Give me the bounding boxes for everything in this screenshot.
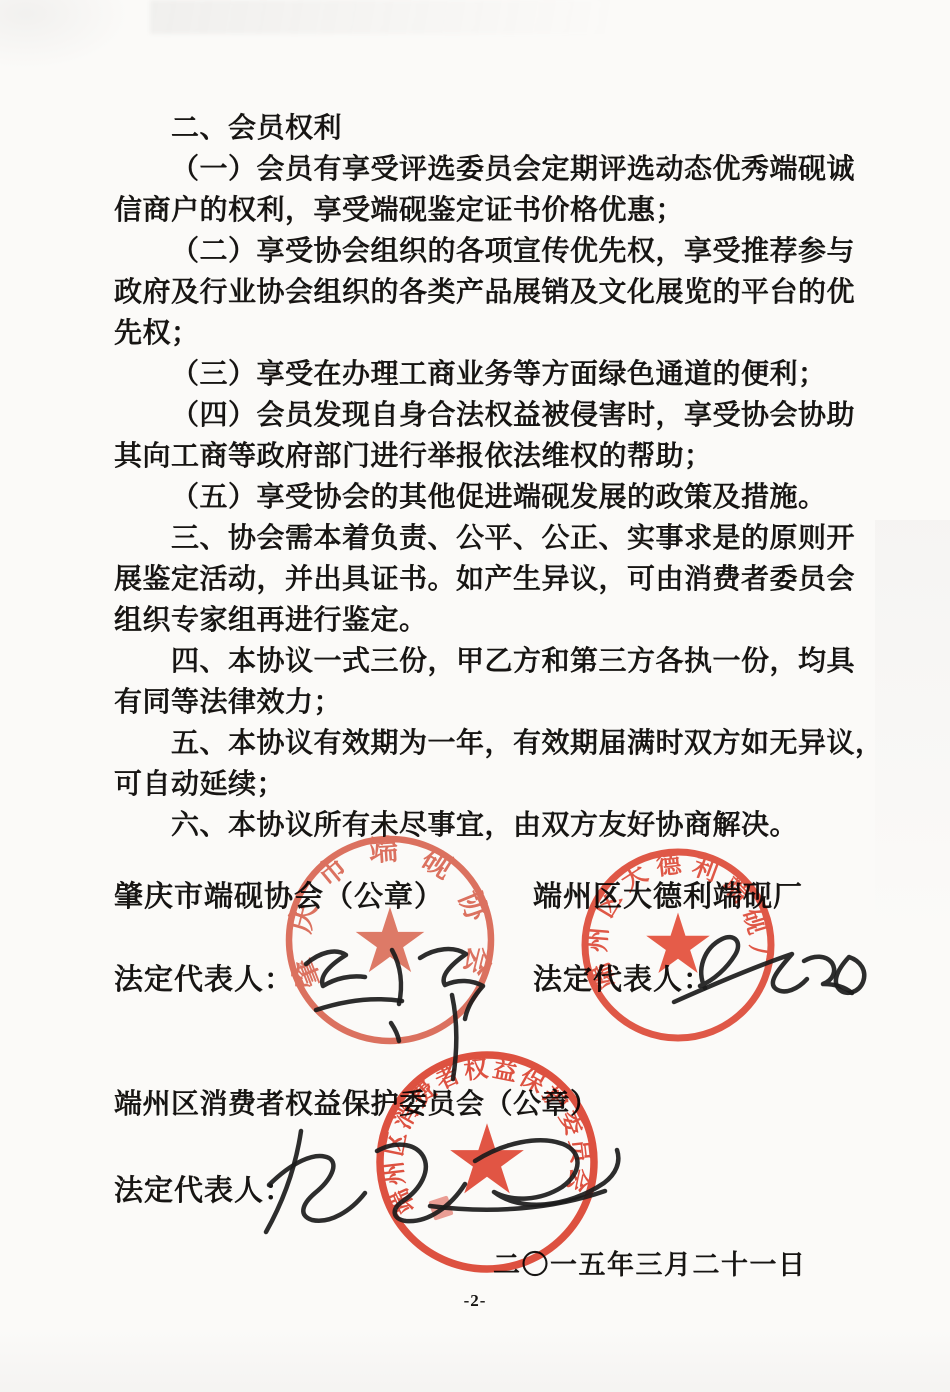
party-c-org-name: 端州区消费者权益保护委员会（公章） xyxy=(114,1082,599,1122)
svg-text:端州区消费者权益保护委员会: 端州区消费者权益保护委员会 xyxy=(380,1054,594,1217)
body-line: 四、本协议一式三份，甲乙方和第三方各执一份，均具 xyxy=(114,640,856,681)
scan-smudge xyxy=(150,0,770,34)
body-line: （一）会员有享受评选委员会定期评选动态优秀端砚诚 xyxy=(114,148,856,189)
body-line: （二）享受协会组织的各项宣传优先权，享受推荐参与 xyxy=(114,230,856,271)
body-line: 展鉴定活动，并出具证书。如产生异议，可由消费者委员会 xyxy=(114,558,856,599)
party-c-signature xyxy=(266,1131,618,1232)
scan-smudge xyxy=(875,520,950,940)
page-number: -2- xyxy=(0,1291,950,1311)
body-line: （四）会员发现自身合法权益被侵害时，享受协会协助 xyxy=(114,394,856,435)
party-c-rep-label: 法定代表人： xyxy=(114,1168,294,1209)
body-line: 二、会员权利 xyxy=(114,107,856,148)
seal-arc-text: 端州区消费者权益保护委员会 xyxy=(380,1054,594,1217)
body-line: 组织专家组再进行鉴定。 xyxy=(114,599,856,640)
official-seal-icon: 肇庆市端砚协会 xyxy=(285,835,495,1045)
party-a-signature xyxy=(306,949,483,1079)
body-line: 三、协会需本着负责、公平、公正、实事求是的原则开 xyxy=(114,517,856,558)
star-icon xyxy=(450,1123,524,1193)
body-line: 先权； xyxy=(114,312,856,353)
scan-smudge xyxy=(0,0,130,70)
star-icon xyxy=(356,907,425,972)
scanned-agreement-page: 二、会员权利 （一）会员有享受评选委员会定期评选动态优秀端砚诚 信商户的权利，享… xyxy=(0,0,950,1392)
body-line: （三）享受在办理工商业务等方面绿色通道的便利； xyxy=(114,353,856,394)
signing-date: 二〇一五年三月二十一日 xyxy=(493,1243,807,1282)
body-line: 信商户的权利，享受端砚鉴定证书价格优惠； xyxy=(114,189,856,230)
body-line: （五）享受协会的其他促进端砚发展的政策及措施。 xyxy=(114,476,856,517)
body-line: 六、本协议所有未尽事宜，由双方友好协商解决。 xyxy=(114,804,856,845)
body-line: 五、本协议有效期为一年，有效期届满时双方如无异议， xyxy=(114,722,856,763)
party-a-rep-label: 法定代表人： xyxy=(114,957,294,998)
body-line: 政府及行业协会组织的各类产品展销及文化展览的平台的优 xyxy=(114,271,856,312)
party-b-rep-label: 法定代表人： xyxy=(533,957,713,998)
party-b-org-name: 端州区大德利端砚厂 xyxy=(533,874,803,915)
seal-inner-mark xyxy=(428,1195,453,1220)
body-line: 其向工商等政府部门进行举报依法维权的帮助； xyxy=(114,435,856,476)
body-line: 有同等法律效力； xyxy=(114,681,856,722)
scan-smudge xyxy=(0,1330,950,1392)
agreement-body: 二、会员权利 （一）会员有享受评选委员会定期评选动态优秀端砚诚 信商户的权利，享… xyxy=(114,107,856,845)
body-line: 可自动延续； xyxy=(114,763,856,804)
party-a-org-name: 肇庆市端砚协会（公章） xyxy=(114,874,444,915)
